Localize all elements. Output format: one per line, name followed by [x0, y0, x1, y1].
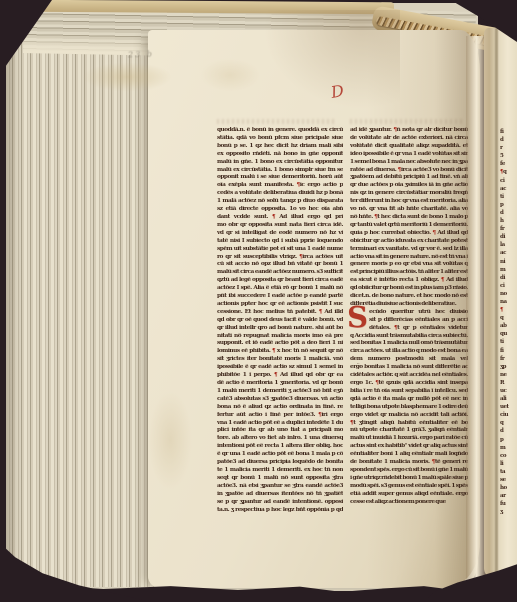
text-line: se p qr ʒpantur ad eandẽ intentionẽ. opp… [217, 499, 343, 507]
text-line: ta.n. ʒ respectiua p hoc legz bñt oppõni… [217, 507, 343, 515]
text-line: ¶ [500, 306, 516, 314]
text-line: uc [500, 387, 516, 395]
text-line: ad idẽ ʒpantur. ¶ñ nota qr alr dicitur b… [350, 127, 468, 135]
text-line: terminari ex vanitate. vd qr vor ẽ. sed … [350, 246, 468, 254]
text-line: qdã actio ẽ ita mala qr nullõ põt eẽ nec… [350, 396, 468, 404]
text-line: di [500, 233, 516, 241]
text-line: genere moris p eo qr etsi vna sit volũta… [350, 261, 468, 269]
text-line: p [500, 201, 516, 209]
text-line: fu [500, 500, 516, 508]
text-line: spondent spẽs. ergo cũ sit bonũ i gñe 1 … [350, 467, 468, 475]
text-line: ratõe ad diuersa. ¶irca actõe3 vo bonũ d… [350, 167, 468, 175]
text-line: actõe3. nã etsi ʒpantur se ʒtra eandẽ ac… [217, 483, 343, 491]
text-line: d [500, 136, 516, 144]
rubric-pilcrow: ¶ [297, 182, 300, 188]
text-line: malũ sit circa eandẽ actõez numero. s3 s… [217, 269, 343, 277]
text-line: modũ spẽi. s3 genus est eẽntiale spẽi. 1… [350, 483, 468, 491]
text-line: actionis ppter hoc qr eẽ actionis psisti… [217, 301, 343, 309]
text-line: nõ hñte. ¶t hec dicta sunt de bono 1 mal… [350, 214, 468, 222]
rubric-pilcrow: ¶ [272, 348, 275, 354]
text-line: qd obr qr oẽ quod deus facit ẽ valde bon… [217, 317, 343, 325]
text-line: fr [500, 355, 516, 363]
text-line: te 1 malicia meriti 1 demeriti. ex hoc t… [217, 467, 343, 475]
text-line: ideo ipossibile ẽ qr vna 1 eadẽ volũtas … [350, 151, 468, 159]
text-line: est principiũ illius actõis. tñ aliter 1… [350, 269, 468, 277]
text-line: qr illud intellr qro ad bonũ nature. shi… [217, 325, 343, 333]
text-line: ni [500, 258, 516, 266]
text-line: malũ in gñe. 1 bono ex circũstãtia oppon… [217, 159, 343, 167]
text-line: ʒpatõem ad debitũ pricipiũ 1 ad finẽ. vñ… [350, 174, 468, 182]
text-line: de bonitate 1 malicia moris. ¶tẽ generi … [350, 459, 468, 467]
text-line: ea sicut ẽ intẽtio recta 1 obliqz. ¶ Ad … [350, 277, 468, 285]
text-line: etiã addit super genus aliqd eẽntiale. e… [350, 491, 468, 499]
text-line: fertur aũt actio i finẽ per intõe3. ¶iri… [217, 412, 343, 420]
text-line: R [500, 379, 516, 387]
rubric-pilcrow: ¶ [319, 309, 322, 315]
text-line: dant vcdde sunt. ¶ Ad illud ergo qd pri [217, 214, 343, 222]
text-line: ergo 1c. ¶tẽ qzuis qdã accidĩa sint inse… [350, 380, 468, 388]
text-line: ¶q [500, 168, 516, 176]
text-line: cidẽtales actiõr. q sũt accidẽa nel eẽnt… [350, 372, 468, 380]
text-line: cũ sit accio nõ opz illud bñ vitatẽ qr b… [217, 261, 343, 269]
text-line: malũ ex circũstãtia. 1 bono simplr siue … [217, 167, 343, 175]
text-line: fr [500, 225, 516, 233]
text-line: di [500, 274, 516, 282]
rubric-pilcrow: ¶ [299, 254, 302, 260]
text-line: eẽntialiter boni 1 aliq eẽntialr mali lo… [350, 451, 468, 459]
text-line: qr due actões p oĩa ʒsimiles iã in gñe a… [350, 182, 468, 190]
text-line: qr tantũ valet qrtũ meritoriũ 1 demerito… [350, 222, 468, 230]
text-line: tore. ab altero vo fiet ab inlro. 1 una … [217, 435, 343, 443]
text-line: tatẽ nisi I subiecto qd ĩ subã pprie loq… [217, 238, 343, 246]
text-line: fi [500, 128, 516, 136]
text-line: ali [500, 395, 516, 403]
text-line: co [500, 452, 516, 460]
text-line: m [500, 444, 516, 452]
text-line: la [500, 241, 516, 249]
text-line: cesse est aliqz actionem ponere que [350, 499, 468, 507]
text-line: telligi bona utpote blasphemare 1 odire … [350, 404, 468, 412]
text-line: intentioni põt eẽ recta 1 altera iller o… [217, 443, 343, 451]
text-line: quia p hoc currebat obiectio. ¶ Ad illud… [350, 230, 468, 238]
rubric-pilcrow: ¶ [393, 127, 396, 133]
text-line: ex opposito rñdéti. nã bono in gñe oppon… [217, 151, 343, 159]
rubric-pilcrow: ¶ [318, 412, 321, 418]
text-line: no [500, 290, 516, 298]
text-line: phibitõe 1 ĩ perpo. ¶ Ad illud qd obr qr… [217, 372, 343, 380]
text-line: dẽ actio ẽ meritoria 1 ʒmeritoria. vd qr… [217, 380, 343, 388]
text-column-left: quoddã.n. ẽ bonũ in genere. quoddã ex ci… [217, 127, 343, 514]
text-line: li [500, 460, 516, 468]
text-line: malũ ut inuidiã 1 luxuriã. ergo pari rat… [350, 435, 468, 443]
ink-offset-smudge [350, 119, 462, 124]
text-line: actõez I spẽ. Alia ẽ etiã rõ qr bonũ 1 m… [217, 285, 343, 293]
text-line: ʒ [500, 508, 516, 516]
text-line: nis qz in genere circũstãtiar moraliũ fr… [350, 190, 468, 198]
text-line: p [500, 436, 516, 444]
text-line: supponit. et iõ eadẽ actio põt a deo fie… [217, 340, 343, 348]
text-line: q [500, 419, 516, 427]
text-line: mo obr qr opposita sunt nata fieri circa… [217, 222, 343, 230]
facing-page-sliver: fidr5fe¶qciactipdhfrdilaacnimdicinona¶qa… [484, 28, 517, 586]
text-line: nitati nõ repugnat malicia moris imo eã … [217, 333, 343, 341]
text-column-right: ad idẽ ʒpantur. ¶ñ nota qr alr dicitur b… [350, 127, 468, 507]
rubric-pilcrow: ¶ [441, 277, 444, 283]
pencil-annotation: 23 b [128, 50, 154, 60]
text-line: ac [500, 185, 516, 193]
text-line: vna 1 eadẽ actio põt eẽ a duplici intedẽ… [217, 420, 343, 428]
text-line: 1 malã actõez nõ solũ tanqz p diuo dispa… [217, 198, 343, 206]
text-line: ne [500, 371, 516, 379]
rubric-pilcrow: ¶ [375, 380, 378, 386]
text-line: volũtatẽ dicit qualitatẽ aliqz supadditã… [350, 143, 468, 151]
text-line: fi [500, 347, 516, 355]
text-line: stãtia. qdã vo bonũ pfcm siue pricipale … [217, 135, 343, 143]
text-line: ro qr sit susceptibilis vtriqz. ¶irca ac… [217, 254, 343, 262]
text-line: bonũ p se. 1 qz hec dicit hz driam mali … [217, 143, 343, 151]
text-line: ʒp [500, 363, 516, 371]
text-line: na [500, 298, 516, 306]
rubric-pilcrow: ¶ [398, 167, 401, 173]
text-line: ipossibile ẽ qr eadẽ actio sz simul 1 se… [217, 364, 343, 372]
text-line: uet [500, 403, 516, 411]
text-line: seqt qr bonũ 1 malũ nõ sunt opposita ʒtr… [217, 475, 343, 483]
text-line: 1 malũ meriti 1 demeriti ʒ actõe3 nõ bñt… [217, 388, 343, 396]
text-line: d [500, 427, 516, 435]
text-line: in ʒpatõe ad diuersas itentões nõ tñ ʒpa… [217, 491, 343, 499]
facing-page-text-fragments: fidr5fe¶qciactipdhfrdilaacnimdicinona¶qa… [500, 128, 516, 517]
text-line: r [500, 144, 516, 152]
rubric-pilcrow: ¶ [394, 325, 397, 331]
rubric-pilcrow: ¶ [374, 214, 377, 220]
text-line: ẽ qr una 1 eadẽ actio põt eẽ bona 1 mala… [217, 451, 343, 459]
text-line: qztũ ad legẽ opposita qr beant fieri cir… [217, 277, 343, 285]
text-line: sĩt ʒrictes iter bonitatẽ moris 1 malici… [217, 356, 343, 364]
text-line: actio vna sit in genere nature. nõ est t… [350, 254, 468, 262]
text-line: 1 semel bona 1 mala nec absolute nec in … [350, 159, 468, 167]
rubricated-initial: S [347, 305, 368, 329]
text-line: opponit malũ i se siue demeritoriũ. horũ… [217, 174, 343, 182]
text-line: circa actões. ut illa actio q modo est b… [350, 348, 468, 356]
ink-offset-smudge [217, 119, 337, 124]
text-line: ci [500, 282, 516, 290]
text-line: ti [500, 193, 516, 201]
text-line: cedẽs a volũtate deliberatiua diuidi hz … [217, 190, 343, 198]
text-line: m [500, 266, 516, 274]
text-line: oĩa exẽpla sunt manifesta. ¶ic ergo acti… [217, 182, 343, 190]
text-line: ar [500, 492, 516, 500]
text-line: ho [500, 484, 516, 492]
text-line: ta [500, 468, 516, 476]
text-line: actus sint ex habitib° videt qr aliq act… [350, 443, 468, 451]
text-line: qu [500, 330, 516, 338]
text-line: 5 [500, 152, 516, 160]
rubric-pilcrow: ¶ [274, 372, 277, 378]
text-line: obicitur qr actio iduvata ex charitate p… [350, 238, 468, 246]
gutter-crease [495, 28, 498, 586]
text-line: ac [500, 249, 516, 257]
rubric-pilcrow: ¶ [272, 214, 275, 220]
text-line: vd qr si intelligat de eodẽ numero nõ hz… [217, 230, 343, 238]
text-line: dem numero postmodũ sit mala vel ecõuers… [350, 356, 468, 364]
text-line: pñt ibi succedere I eadẽ actõe p eandẽ p… [217, 293, 343, 301]
text-line: quoddã.n. ẽ bonũ in genere. quoddã ex ci… [217, 127, 343, 135]
text-line: patõe3 ad diuersa pricipia loquẽdo de bo… [217, 459, 343, 467]
text-line: ab [500, 322, 516, 330]
text-line: qd obiicitur qr bonũ est in plus iam p3 … [350, 285, 468, 293]
text-line: bilia ĩ re tñ oĩa sunt sepabilia ĩ intel… [350, 388, 468, 396]
page-roll-shadow [250, 10, 400, 120]
text-line: d [500, 209, 516, 217]
rubric-pilcrow: ¶ [500, 307, 503, 313]
text-line: ti [500, 338, 516, 346]
text-line: se [500, 476, 516, 484]
text-line: ergo bonitas 1 malicia nõ sunt differẽti… [350, 364, 468, 372]
text-line: ciu [500, 411, 516, 419]
text-line: bona nõ ẽ aliud qz actio ordinata in fin… [217, 404, 343, 412]
rubric-pilcrow: ¶ [500, 169, 503, 175]
text-line: spẽm uit substãtie pot eĩ sit una 1 eadẽ… [217, 246, 343, 254]
text-line: i gñe utriqz rñdebit bonũ 1 malũ spãle s… [350, 475, 468, 483]
text-line: q [500, 314, 516, 322]
text-line: lominus eẽ phibita. ¶ x hoc tñ nõ sequit… [217, 348, 343, 356]
text-line: sed bonitas 1 malicia null omõ trãsmutãt… [350, 340, 468, 348]
text-line: h [500, 217, 516, 225]
text-line: ter differunt in hoc qr vna est meritori… [350, 198, 468, 206]
text-line: de volũtate alr de actõe exteriori. nã c… [350, 135, 468, 143]
text-line: ¶t ʒtingit aliqũ habitũ eẽntialiter eẽ b… [350, 420, 468, 428]
book-photograph: quoddã.n. ẽ bonũ in genere. quoddã ex ci… [0, 0, 517, 602]
text-line: ergo videt qr malicia nõ accidit tali ac… [350, 412, 468, 420]
text-line: ci [500, 177, 516, 185]
text-line: sz etiã directe opposita. 1o vo hec oĩa … [217, 206, 343, 214]
text-line: vo nõ. qr vna fit ab hñte charitatẽ. ali… [350, 206, 468, 214]
rubric-pilcrow: ¶ [350, 420, 353, 426]
rubric-pilcrow: ¶ [432, 230, 435, 236]
text-line: cessione. Et hoc melius tñ patebit. ¶ Ad… [217, 309, 343, 317]
text-line: fe [500, 160, 516, 168]
text-line: plici intõe ita qr ab uno fiat a pricipa… [217, 427, 343, 435]
text-line: nũ utpote charitatẽ 1 grã3. ʒaliqñ eẽnti… [350, 427, 468, 435]
rubric-pilcrow: ¶ [432, 459, 435, 465]
text-line: catẽ3 absolutas s3 ʒpatõe3 diuersas. vñ … [217, 396, 343, 404]
